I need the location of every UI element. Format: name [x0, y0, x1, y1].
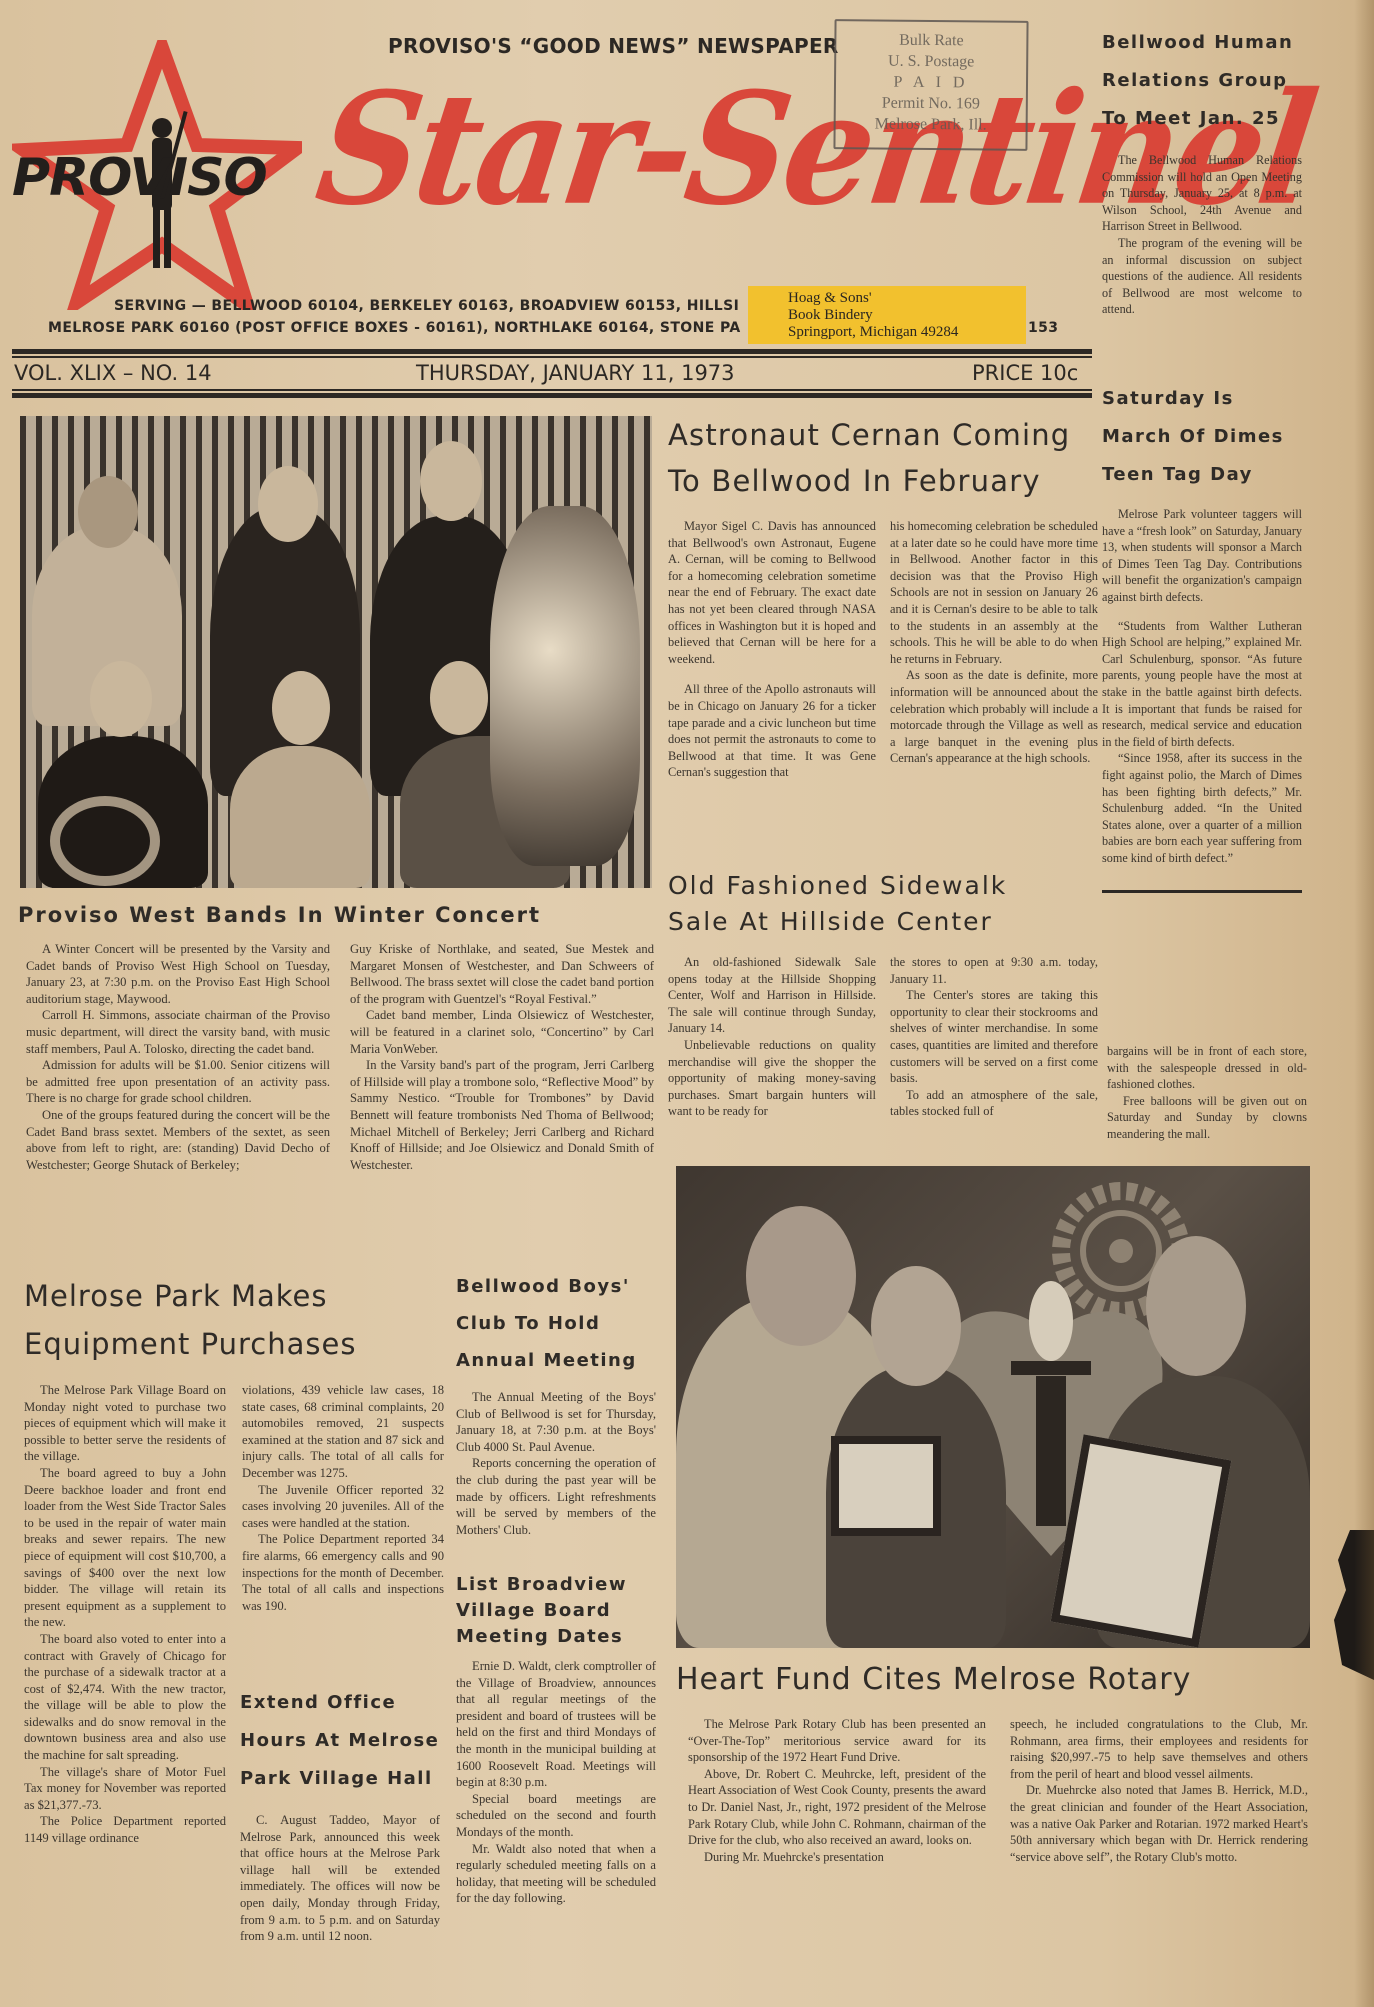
headline: Saturday Is March Of Dimes Teen Tag Day — [1102, 380, 1302, 494]
award-plaque-left — [831, 1436, 941, 1536]
serving-line-1: SERVING — BELLWOOD 60104, BERKELEY 60163… — [114, 298, 739, 314]
french-horn-shape — [50, 796, 160, 886]
headline: Extend Office Hours At Melrose Park Vill… — [240, 1684, 440, 1798]
issue-date: THURSDAY, JANUARY 11, 1973 — [416, 361, 735, 385]
page-edge-shadow — [1354, 0, 1374, 2007]
heart-fund-award-photo — [676, 1166, 1310, 1648]
heart-fund-body: The Melrose Park Rotary Club has been pr… — [688, 1716, 1308, 1865]
headline: Old Fashioned Sidewalk Sale At Hillside … — [668, 868, 1098, 940]
article-march-of-dimes: Saturday Is March Of Dimes Teen Tag Day … — [1102, 380, 1302, 893]
band-sextet-photo — [20, 416, 652, 888]
masthead-rule-bottom-thin — [12, 389, 1092, 391]
bands-headline: Proviso West Bands In Winter Concert — [18, 903, 541, 927]
article-boys-club: Bellwood Boys' Club To Hold Annual Meeti… — [456, 1268, 656, 1538]
article-broadview: List Broadview Village Board Meeting Dat… — [456, 1572, 656, 1907]
postage-indicia: Bulk Rate U. S. Postage P A I D Permit N… — [833, 19, 1028, 151]
article-office-hours: Extend Office Hours At Melrose Park Vill… — [240, 1684, 440, 1945]
volume-number: VOL. XLIX – NO. 14 — [14, 361, 212, 385]
headline: Astronaut Cernan Coming To Bellwood In F… — [668, 412, 1098, 504]
sidewalk-sale-continued: bargains will be in front of each store,… — [1107, 1043, 1307, 1143]
masthead-rule-bottom — [12, 393, 1092, 398]
headline: List Broadview Village Board Meeting Dat… — [456, 1572, 656, 1650]
serving-line-tail: 153 — [1028, 320, 1058, 336]
proviso-logo-text: PROVISO — [12, 148, 267, 208]
column-divider — [1102, 890, 1302, 893]
masthead-tagline: PROVISO'S “GOOD NEWS” NEWSPAPER — [388, 34, 839, 58]
article-cernan: Astronaut Cernan Coming To Bellwood In F… — [668, 412, 1098, 781]
tuba-shape — [490, 506, 640, 866]
masthead-rule-top-thin — [12, 356, 1092, 358]
serving-line-2: MELROSE PARK 60160 (POST OFFICE BOXES - … — [48, 320, 741, 336]
masthead-rule-top — [12, 349, 1092, 354]
heart-fund-headline: Heart Fund Cites Melrose Rotary — [676, 1662, 1191, 1697]
article-sidewalk-sale: Old Fashioned Sidewalk Sale At Hillside … — [668, 868, 1098, 1120]
article-human-relations: Bellwood Human Relations Group To Meet J… — [1102, 24, 1302, 318]
mailing-address-label: Hoag & Sons' Book Bindery Springport, Mi… — [748, 286, 1026, 344]
headline: Melrose Park Makes Equipment Purchases — [24, 1272, 444, 1368]
headline: Bellwood Boys' Club To Hold Annual Meeti… — [456, 1268, 656, 1379]
headline: Bellwood Human Relations Group To Meet J… — [1102, 24, 1302, 138]
price: PRICE 10c — [972, 361, 1078, 385]
bands-body: A Winter Concert will be presented by th… — [26, 941, 654, 1173]
